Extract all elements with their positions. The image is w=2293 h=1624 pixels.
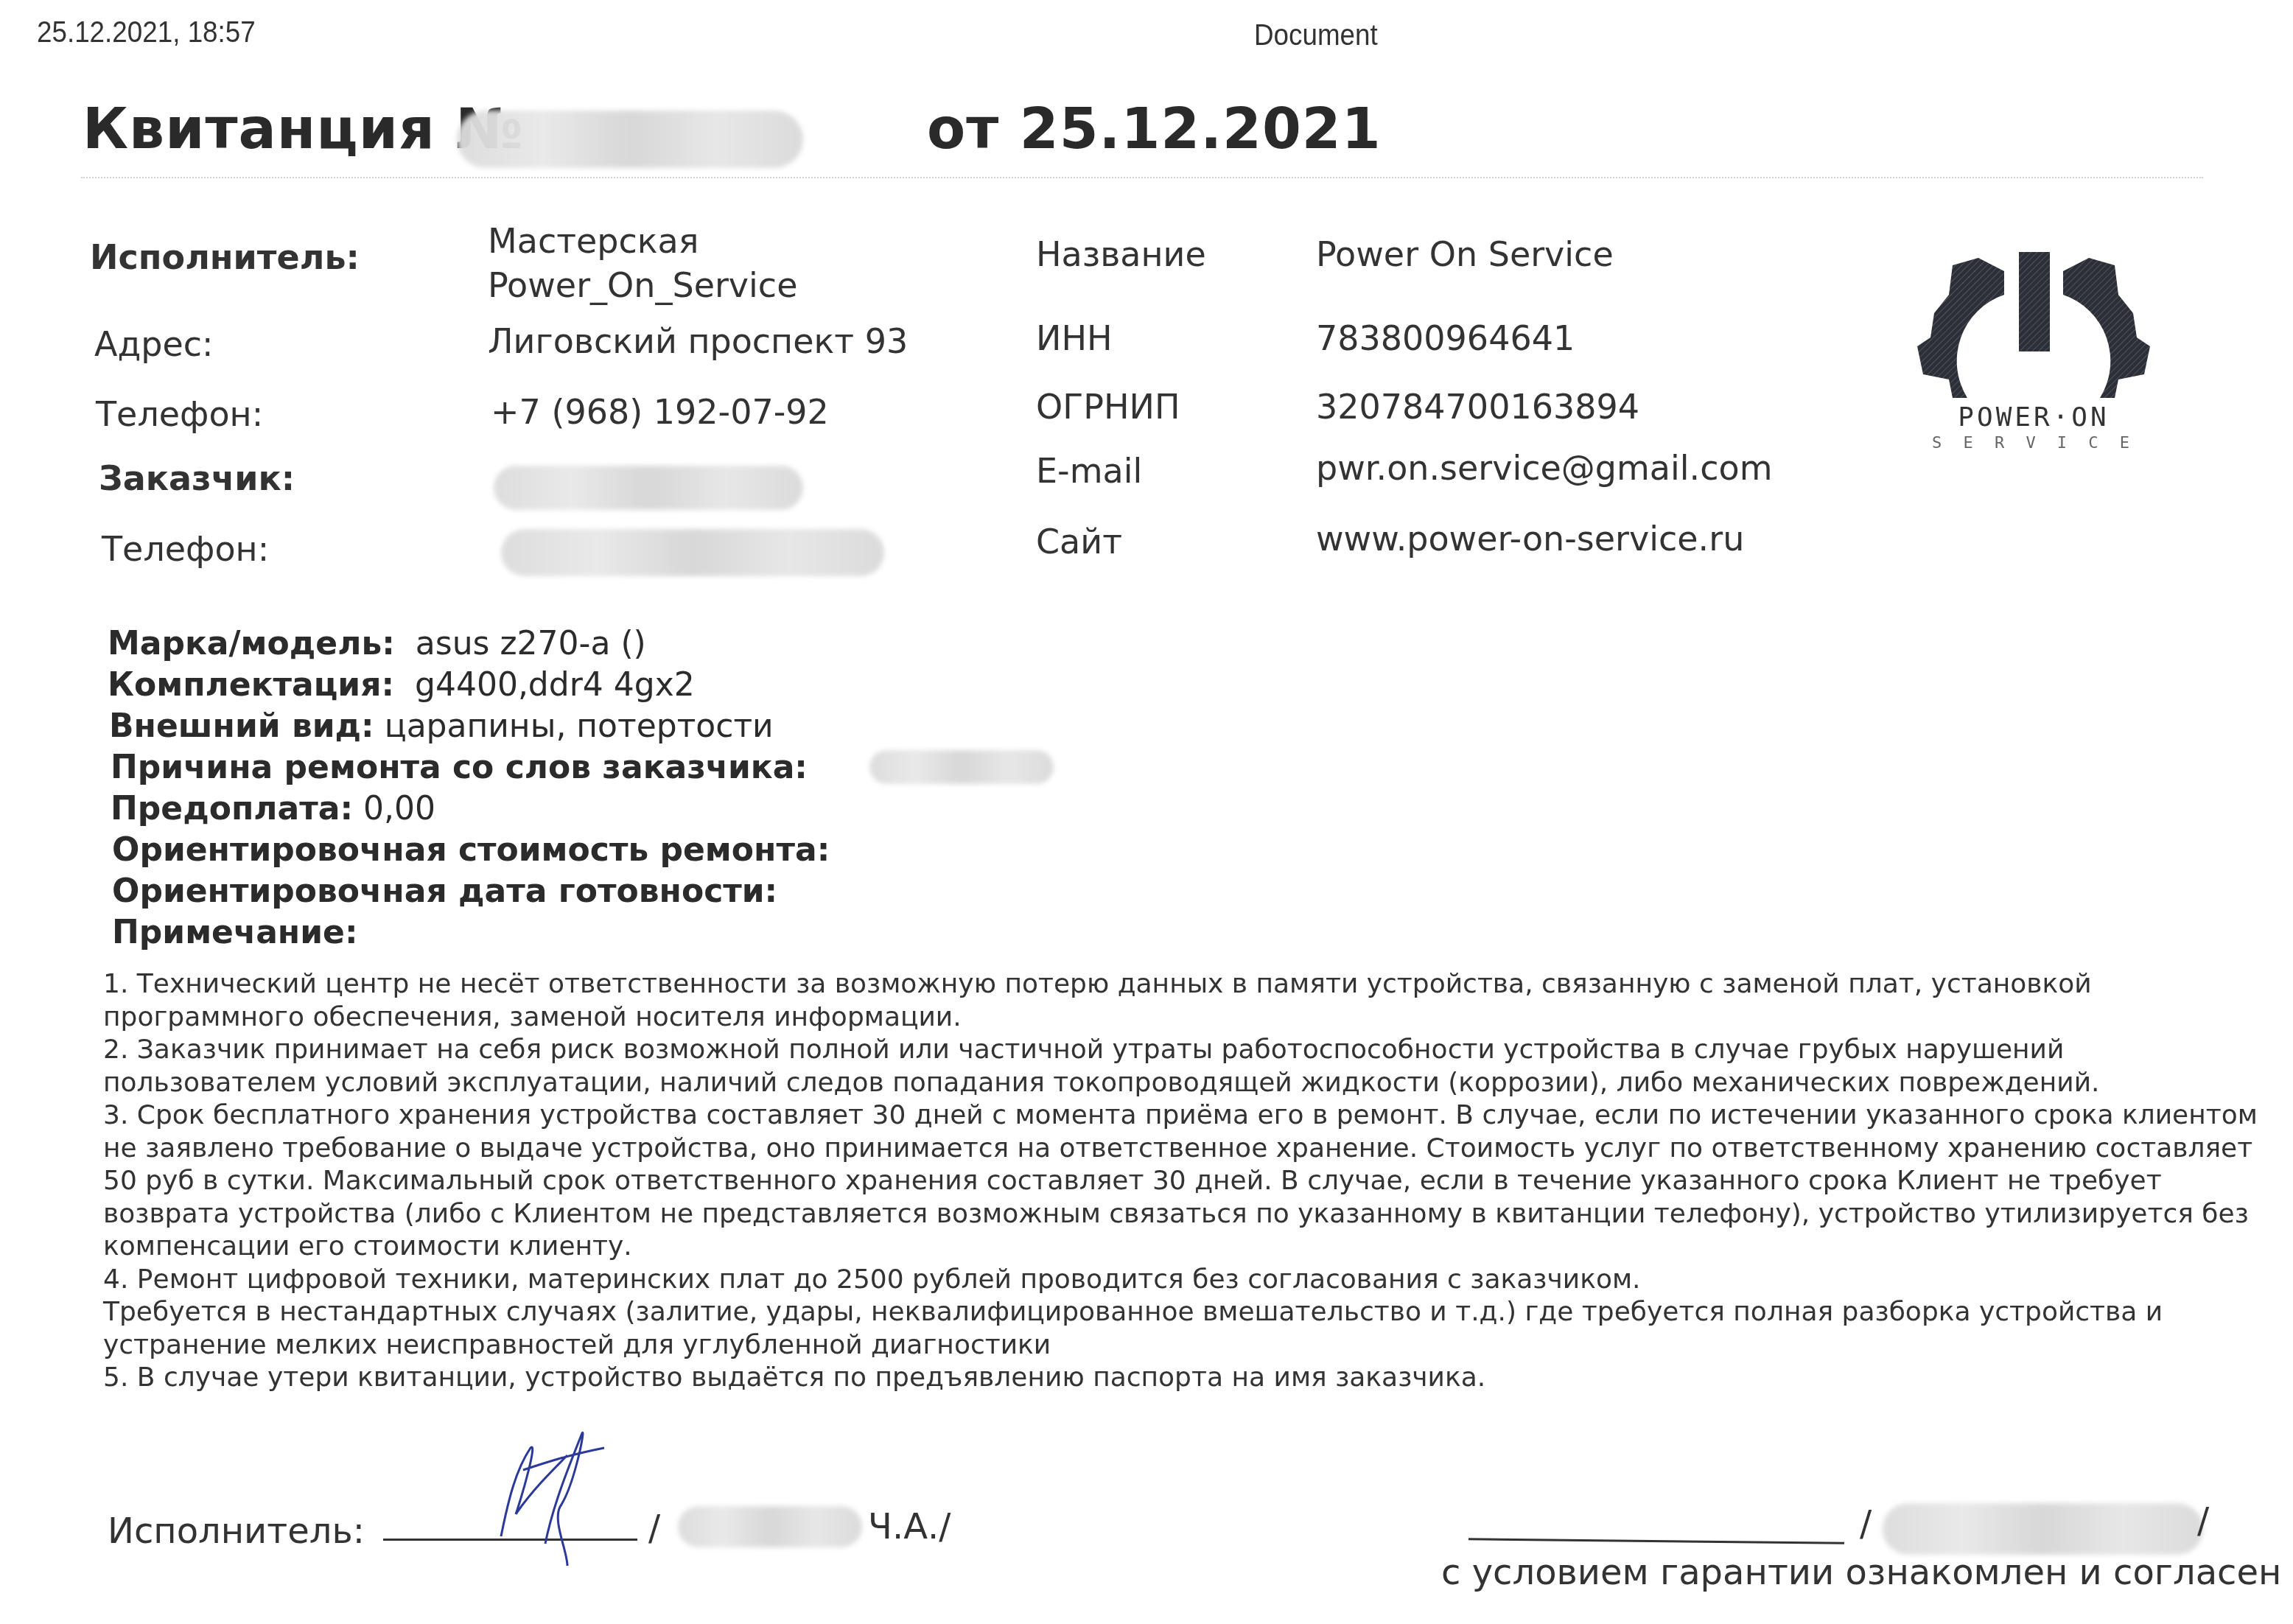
terms-block: 1. Технический центр не несёт ответствен… bbox=[103, 968, 2284, 1395]
term-1: 1. Технический центр не несёт ответствен… bbox=[103, 968, 2284, 1034]
kit-value: g4400,ddr4 4gx2 bbox=[415, 666, 695, 704]
kit-row: Комплектация: g4400,ddr4 4gx2 bbox=[108, 666, 695, 704]
executor-signature-label: Исполнитель: bbox=[108, 1511, 365, 1552]
redaction-customer-phone bbox=[501, 529, 884, 576]
executor-value-line1: Мастерская bbox=[488, 221, 699, 261]
brand-row: Марка/модель: asus z270-a () bbox=[108, 625, 646, 662]
redaction-customer-name bbox=[494, 466, 803, 510]
executor-label: Исполнитель: bbox=[90, 237, 360, 277]
ogrnip-value: 320784700163894 bbox=[1316, 387, 1639, 427]
note-row: Примечание: bbox=[112, 914, 358, 951]
customer-signature-line[interactable] bbox=[1468, 1538, 1844, 1544]
term-2: 2. Заказчик принимает на себя риск возмо… bbox=[103, 1034, 2284, 1099]
title-divider bbox=[81, 177, 2203, 178]
email-label: E-mail bbox=[1036, 451, 1142, 491]
note-label: Примечание: bbox=[112, 914, 358, 951]
handwritten-signature bbox=[457, 1426, 641, 1573]
brand-label: Марка/модель: bbox=[108, 625, 395, 662]
logo-subtitle: S E R V I C E bbox=[1908, 434, 2159, 452]
prepay-row: Предоплата: 0,00 bbox=[111, 790, 435, 827]
print-datetime: 25.12.2021, 18:57 bbox=[37, 16, 256, 49]
reason-label: Причина ремонта со слов заказчика: bbox=[111, 749, 808, 786]
inn-value: 783800964641 bbox=[1316, 318, 1575, 358]
est-date-label: Ориентировочная дата готовности: bbox=[112, 872, 777, 910]
term-4: 4. Ремонт цифровой техники, материнских … bbox=[103, 1264, 2284, 1297]
logo-wordmark: POWER·ON bbox=[1908, 402, 2159, 433]
redaction-customer-signature-name bbox=[1883, 1503, 2203, 1555]
site-value[interactable]: www.power-on-service.ru bbox=[1316, 519, 1744, 559]
customer-slash-end: / bbox=[2197, 1500, 2209, 1541]
executor-value-line2: Power_On_Service bbox=[488, 265, 797, 305]
phone-label: Телефон: bbox=[96, 394, 263, 434]
est-date-row: Ориентировочная дата готовности: bbox=[112, 872, 777, 910]
brand-value: asus z270-a () bbox=[416, 625, 646, 662]
redaction-reason bbox=[869, 750, 1054, 784]
agreement-text: с условием гарантии ознакомлен и согласе… bbox=[1441, 1552, 2281, 1593]
receipt-title-date: от 25.12.2021 bbox=[927, 96, 1382, 161]
company-name-label: Название bbox=[1036, 234, 1206, 274]
address-label: Адрес: bbox=[94, 324, 214, 364]
reason-row: Причина ремонта со слов заказчика: bbox=[111, 749, 808, 786]
prepay-label: Предоплата: bbox=[111, 790, 353, 827]
est-cost-row: Ориентировочная стоимость ремонта: bbox=[112, 831, 830, 869]
appearance-value: царапины, потертости bbox=[385, 707, 774, 745]
ogrnip-label: ОГРНИП bbox=[1036, 387, 1180, 427]
term-4-note: Требуется в нестандартных случаях (залит… bbox=[103, 1296, 2284, 1362]
company-name-value: Power On Service bbox=[1316, 234, 1614, 274]
customer-phone-label: Телефон: bbox=[102, 529, 269, 569]
company-logo: POWER·ON S E R V I C E bbox=[1908, 243, 2159, 464]
term-3: 3. Срок бесплатного хранения устройства … bbox=[103, 1099, 2284, 1264]
redaction-receipt-number bbox=[457, 111, 803, 168]
gear-power-icon bbox=[1908, 243, 2159, 398]
term-5: 5. В случае утери квитанции, устройство … bbox=[103, 1362, 2284, 1395]
appearance-label: Внешний вид: bbox=[109, 707, 374, 745]
email-value[interactable]: pwr.on.service@gmail.com bbox=[1316, 448, 1772, 488]
customer-label: Заказчик: bbox=[99, 458, 295, 498]
executor-slash: / bbox=[648, 1508, 660, 1549]
appearance-row: Внешний вид: царапины, потертости bbox=[109, 707, 774, 745]
kit-label: Комплектация: bbox=[108, 666, 394, 704]
inn-label: ИНН bbox=[1036, 318, 1113, 358]
redaction-executor-name bbox=[678, 1506, 862, 1547]
executor-name-initials: Ч.А./ bbox=[868, 1506, 951, 1547]
prepay-value: 0,00 bbox=[363, 790, 435, 827]
print-document-title: Document bbox=[1254, 19, 1378, 52]
site-label: Сайт bbox=[1036, 522, 1122, 561]
address-value: Лиговский проспект 93 bbox=[488, 321, 908, 361]
receipt-title-prefix: Квитанция № bbox=[83, 96, 524, 161]
customer-slash: / bbox=[1860, 1503, 1872, 1544]
phone-value: +7 (968) 192-07-92 bbox=[491, 392, 829, 432]
est-cost-label: Ориентировочная стоимость ремонта: bbox=[112, 831, 830, 869]
